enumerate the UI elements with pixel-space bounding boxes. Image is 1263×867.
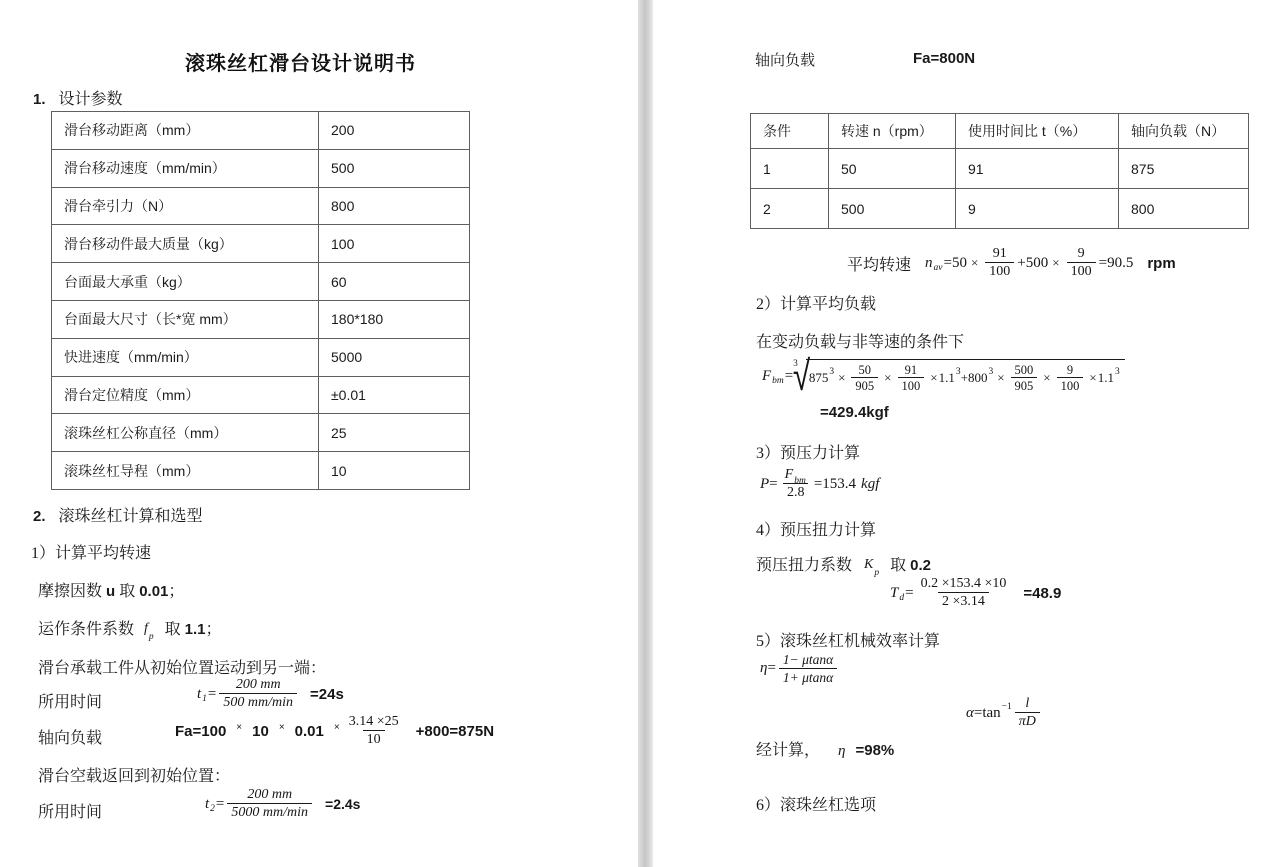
fraction: 91100	[985, 246, 1014, 280]
root-index: 3	[793, 358, 798, 368]
paragraph-condition-factor: 运作条件系数 fp 取 1.1；	[38, 616, 222, 639]
math-sub: bm	[772, 376, 784, 386]
param-label: 滚珠丝杠导程（mm）	[52, 452, 319, 490]
formula-term: 10	[252, 723, 269, 740]
document-view: 滚珠丝杠滑台设计说明书 1.设计参数 滑台移动距离（mm） 200 滑台移动速度…	[0, 0, 1263, 867]
fraction-numerator: 50	[855, 363, 876, 377]
table-row: 滚珠丝杠公称直径（mm） 25	[52, 414, 470, 452]
times-operator: ×	[279, 722, 285, 733]
column-header: 转速 n（rpm）	[829, 114, 956, 149]
fraction-denominator: 100	[1057, 377, 1084, 393]
param-label: 滑台定位精度（mm）	[52, 376, 319, 414]
math-sup: 3	[1115, 367, 1120, 377]
value: 0.2	[910, 557, 931, 574]
fraction-denominator: 905	[1011, 377, 1038, 393]
fraction-numerator: 500	[1011, 363, 1038, 377]
fraction-denominator: 500 mm/min	[219, 693, 297, 711]
label-axial-load: 轴向负载	[755, 49, 815, 70]
table-row: 滑台移动件最大质量（kg） 100	[52, 225, 470, 263]
heading-label: 设计参数	[59, 91, 123, 108]
math-sup: 3	[988, 367, 993, 377]
math-var: t	[205, 796, 209, 813]
fraction: 3.14 ×2510	[345, 714, 403, 748]
heading-calculation: 2.滚珠丝杠计算和选型	[33, 503, 203, 526]
table-header-row: 条件 转速 n（rpm） 使用时间比 t（%） 轴向负载（N）	[751, 114, 1249, 149]
math-sub: av	[934, 263, 943, 273]
fraction-denominator: 100	[898, 377, 925, 393]
label-time-used-1: 所用时间	[38, 689, 102, 712]
fraction-numerator: 9	[1063, 363, 1077, 377]
math-var: η	[760, 660, 767, 677]
fraction-numerator: 91	[901, 363, 922, 377]
times-operator: ×	[971, 255, 978, 271]
times-operator: ×	[930, 370, 937, 386]
formula-avg-speed: 平均转速 nav=50 × 91100 +500 × 9100 =90.5 rp…	[847, 246, 1176, 280]
math-sub: p	[149, 632, 154, 642]
paragraph-kp: 预压扭力系数 Kp 取 0.2	[756, 552, 931, 575]
fraction-numerator: 1− μtanα	[779, 652, 837, 668]
cell: 800	[1119, 189, 1249, 229]
times-operator: ×	[838, 370, 845, 386]
math-eq: =	[974, 705, 982, 722]
text: 运作条件系数	[38, 621, 134, 638]
formula-preload: P=Fbm2.8 =153.4 kgf	[760, 467, 879, 501]
text: 取	[165, 621, 181, 638]
math-sup: 3	[956, 367, 961, 377]
heading-design-params: 1.设计参数	[33, 86, 123, 109]
times-operator: ×	[334, 722, 340, 733]
math-sub: p	[874, 568, 879, 578]
fraction-numerator: l	[1021, 696, 1033, 712]
fraction-denominator: πD	[1015, 712, 1040, 730]
times-operator: ×	[1043, 370, 1050, 386]
fraction-numerator: 200 mm	[232, 677, 285, 693]
formula-result: =48.9	[1023, 585, 1061, 602]
math-sub: d	[899, 593, 904, 603]
table-row: 台面最大承重（kg） 60	[52, 263, 470, 301]
formula-result: =153.4	[814, 476, 856, 493]
math-var: η	[838, 743, 845, 759]
text: 取	[890, 557, 906, 574]
param-label: 滑台移动距离（mm）	[52, 112, 319, 150]
formula-result: =2.4s	[325, 796, 360, 812]
math-var: F	[785, 467, 794, 482]
param-value: 25	[319, 414, 470, 452]
times-operator: ×	[236, 722, 242, 733]
formula-term: 875	[809, 370, 829, 386]
paragraph-friction: 摩擦因数 u 取 0.01；	[38, 578, 184, 601]
fraction-denominator: 2 ×3.14	[938, 592, 989, 610]
formula-term: Fa=100	[175, 723, 226, 740]
formula-term: 0.01	[295, 723, 324, 740]
design-params-table: 滑台移动距离（mm） 200 滑台移动速度（mm/min） 500 滑台牵引力（…	[51, 111, 470, 490]
fraction-numerator: 200 mm	[243, 787, 296, 803]
fraction-denominator: 905	[851, 377, 878, 393]
column-header: 条件	[751, 114, 829, 149]
fraction: lπD	[1015, 696, 1040, 730]
param-label: 快进速度（mm/min）	[52, 338, 319, 376]
fraction-denominator: 5000 mm/min	[227, 803, 312, 821]
fraction-denominator: 100	[985, 262, 1014, 280]
math-function: tan	[982, 705, 1000, 722]
cell: 875	[1119, 149, 1249, 189]
table-row: 台面最大尺寸（长*宽 mm） 180*180	[52, 300, 470, 338]
formula-label: 平均转速	[847, 252, 911, 275]
cell: 50	[829, 149, 956, 189]
formula-fbm: Fbm= 3√ 8753 × 50905 × 91100 × 1.13 +800…	[762, 355, 1125, 397]
radicand: 8753 × 50905 × 91100 × 1.13 +8003 × 5009…	[806, 359, 1125, 394]
formula-t2: t2=200 mm5000 mm/min =2.4s	[205, 787, 360, 821]
param-value: 5000	[319, 338, 470, 376]
math-var: P	[760, 476, 769, 493]
table-row: 滚珠丝杠导程（mm） 10	[52, 452, 470, 490]
fraction: 0.2 ×153.4 ×102 ×3.14	[917, 576, 1011, 610]
math-eq: =	[905, 585, 913, 602]
formula-term: 1.1	[939, 370, 955, 386]
formula-axial-load: Fa=100 × 10 × 0.01 × 3.14 ×2510 +800=875…	[175, 714, 494, 748]
heading-number: 1.	[33, 91, 46, 108]
value: 0.01	[139, 583, 168, 600]
fraction: 9100	[1057, 363, 1084, 394]
fraction-numerator: 91	[989, 246, 1011, 262]
fraction: 200 mm5000 mm/min	[227, 787, 312, 821]
table-row: 滑台移动距离（mm） 200	[52, 112, 470, 150]
text: 经计算，	[756, 742, 820, 759]
param-value: 100	[319, 225, 470, 263]
formula-result: =98%	[855, 742, 894, 759]
unit-label: rpm	[1147, 255, 1175, 272]
heading-label: 滚珠丝杠计算和选型	[59, 508, 203, 525]
formula-term: =50	[943, 255, 966, 272]
cube-root: 3√ 8753 × 50905 × 91100 × 1.13 +8003 × 5…	[793, 355, 1124, 397]
param-value: 800	[319, 187, 470, 225]
math-sup: −1	[1002, 702, 1012, 712]
param-label: 滑台移动速度（mm/min）	[52, 149, 319, 187]
fraction: 9100	[1067, 246, 1096, 280]
fraction: 500905	[1011, 363, 1038, 394]
times-operator: ×	[1089, 370, 1096, 386]
param-value: 200	[319, 112, 470, 150]
table-row: 滑台定位精度（mm） ±0.01	[52, 376, 470, 414]
subsection-avg-speed: 1）计算平均转速	[31, 540, 151, 563]
subsection-preload-torque: 4）预压扭力计算	[756, 517, 876, 540]
param-label: 台面最大承重（kg）	[52, 263, 319, 301]
column-header: 使用时间比 t（%）	[956, 114, 1119, 149]
text: 取	[119, 583, 135, 600]
formula-term: +500	[1017, 255, 1048, 272]
table-row: 滑台移动速度（mm/min） 500	[52, 149, 470, 187]
page-divider	[638, 0, 653, 867]
math-sub: 2	[210, 804, 215, 814]
table-row: 滑台牵引力（N） 800	[52, 187, 470, 225]
fraction-numerator: 0.2 ×153.4 ×10	[917, 576, 1011, 592]
math-sup: 3	[829, 367, 834, 377]
subsection-preload: 3）预压力计算	[756, 440, 860, 463]
paragraph-variable-load: 在变动负载与非等速的条件下	[756, 329, 964, 352]
param-value: 500	[319, 149, 470, 187]
math-var: T	[890, 585, 898, 602]
text: ；	[168, 583, 184, 600]
formula-result: +800=875N	[416, 723, 494, 740]
param-value: 60	[319, 263, 470, 301]
subsection-efficiency: 5）滚珠丝杠机械效率计算	[756, 628, 940, 651]
fraction-numerator: 3.14 ×25	[345, 714, 403, 730]
formula-result: =24s	[310, 686, 344, 703]
math-sub: bm	[794, 476, 806, 486]
fraction: Fbm2.8	[781, 467, 811, 501]
fraction-denominator: 1+ μtanα	[779, 668, 837, 686]
math-sub: 1	[202, 694, 207, 704]
math-eq: =	[767, 660, 775, 677]
text: 预压扭力系数	[756, 557, 852, 574]
math-eq: =	[216, 796, 224, 813]
param-value: 10	[319, 452, 470, 490]
math-var: F	[762, 368, 771, 385]
table-row: 2 500 9 800	[751, 189, 1249, 229]
axial-load-value: Fa=800N	[913, 50, 975, 67]
cell: 500	[829, 189, 956, 229]
times-operator: ×	[884, 370, 891, 386]
param-value: ±0.01	[319, 376, 470, 414]
fraction: 50905	[851, 363, 878, 394]
math-var: K	[864, 557, 873, 572]
math-var: n	[925, 255, 933, 272]
param-label: 滚珠丝杠公称直径（mm）	[52, 414, 319, 452]
page-title: 滚珠丝杠滑台设计说明书	[185, 47, 416, 76]
fraction-denominator: 100	[1067, 262, 1096, 280]
text: ；	[206, 621, 222, 638]
paragraph-move: 滑台承载工件从初始位置运动到另一端：	[38, 655, 326, 678]
param-value: 180*180	[319, 300, 470, 338]
paragraph-calc-result: 经计算， η=98%	[756, 737, 894, 760]
cell: 9	[956, 189, 1119, 229]
cell: 91	[956, 149, 1119, 189]
math-var: f	[144, 621, 148, 636]
table-row: 快进速度（mm/min） 5000	[52, 338, 470, 376]
fbm-result: =429.4kgf	[820, 404, 889, 421]
formula-t1: t1=200 mm500 mm/min =24s	[197, 677, 344, 711]
fraction: 1− μtanα1+ μtanα	[779, 652, 837, 685]
times-operator: ×	[997, 370, 1004, 386]
table-row: 1 50 91 875	[751, 149, 1249, 189]
formula-result: =90.5	[1099, 255, 1134, 272]
subsection-screw-selection: 6）滚珠丝杠选项	[756, 792, 876, 815]
param-label: 滑台移动件最大质量（kg）	[52, 225, 319, 263]
formula-term: 1.1	[1098, 370, 1114, 386]
column-header: 轴向负载（N）	[1119, 114, 1249, 149]
heading-number: 2.	[33, 508, 46, 525]
fraction-numerator: 9	[1074, 246, 1089, 262]
math-var: t	[197, 686, 201, 703]
formula-eta: η=1− μtanα1+ μtanα	[760, 652, 840, 685]
cell: 2	[751, 189, 829, 229]
label-axial-load: 轴向负载	[38, 725, 102, 748]
text: 摩擦因数	[38, 583, 102, 600]
math-eq: =	[208, 686, 216, 703]
math-var: α	[966, 705, 974, 722]
subsection-avg-load: 2）计算平均负载	[756, 291, 876, 314]
fraction: 91100	[898, 363, 925, 394]
unit-label: kgf	[861, 476, 879, 493]
formula-alpha: α=tan−1lπD	[966, 696, 1043, 730]
param-label: 台面最大尺寸（长*宽 mm）	[52, 300, 319, 338]
cell: 1	[751, 149, 829, 189]
fraction: 200 mm500 mm/min	[219, 677, 297, 711]
math-var: u	[106, 583, 115, 600]
formula-term: +800	[961, 370, 988, 386]
formula-td: Td=0.2 ×153.4 ×102 ×3.14 =48.9	[890, 576, 1061, 610]
paragraph-return: 滑台空载返回到初始位置：	[38, 763, 230, 786]
fraction-denominator: 10	[363, 730, 385, 748]
param-label: 滑台牵引力（N）	[52, 187, 319, 225]
math-eq: =	[769, 476, 777, 493]
label-time-used-2: 所用时间	[38, 799, 102, 822]
value: 1.1	[185, 621, 206, 638]
conditions-table: 条件 转速 n（rpm） 使用时间比 t（%） 轴向负载（N） 1 50 91 …	[750, 113, 1249, 229]
times-operator: ×	[1052, 255, 1059, 271]
